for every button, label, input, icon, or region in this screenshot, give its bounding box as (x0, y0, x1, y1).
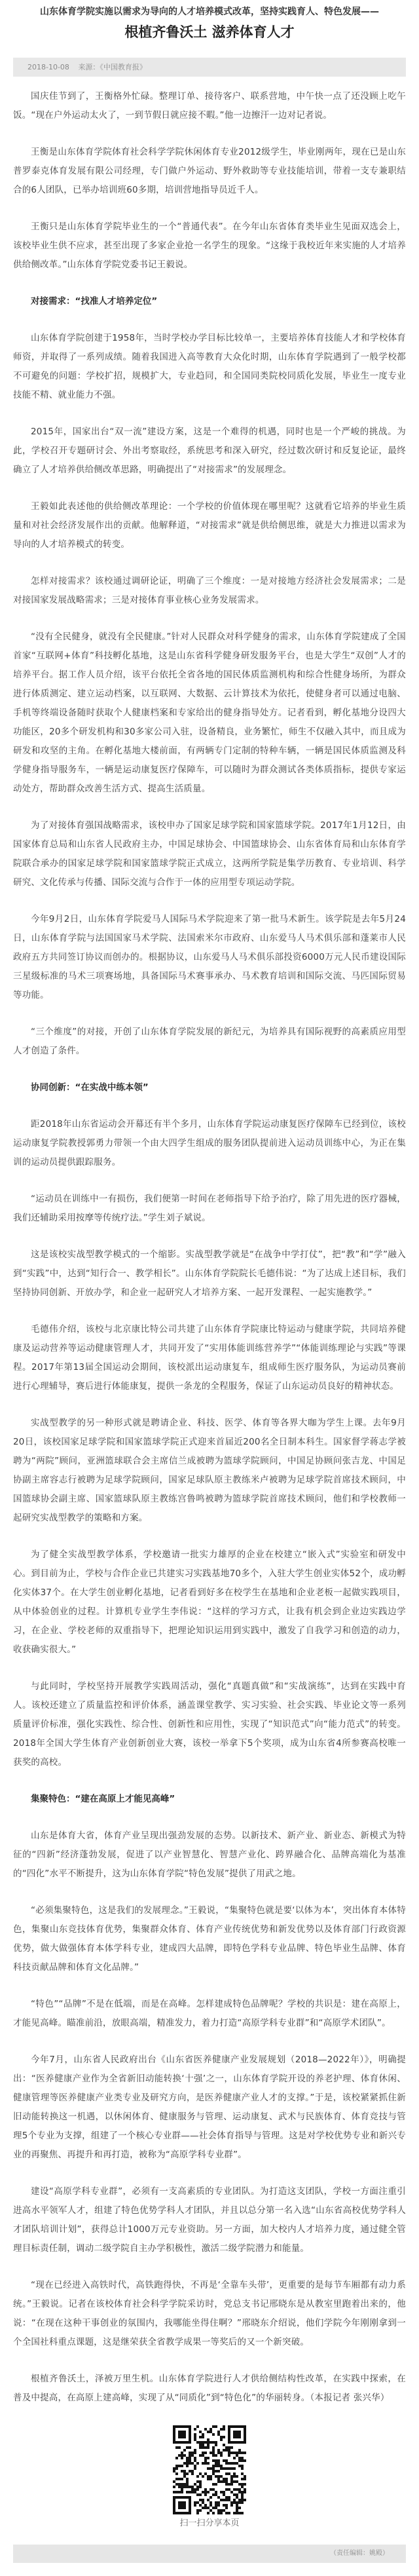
article-paragraph: 根植齐鲁沃土，泽被万里生机。山东体育学院进行人才供给侧结构性改革，在实践中探索，… (13, 2370, 406, 2408)
responsible-editor: （责任编辑：姚殿） (330, 2550, 389, 2557)
article-paragraph: 王衡只是山东体育学院毕业生的一个“普通代表”。在今年山东省体育类毕业生见面双选会… (13, 218, 406, 275)
article-paragraph: 怎样对接需求？该校通过调研论证，明确了三个维度：一是对接地方经济社会发展需求；二… (13, 572, 406, 610)
article-paragraph: 建设“高原学科专业群”，必须有一支高素质的专业团队。为打造这支团队，学校一方面注… (13, 2182, 406, 2258)
qr-caption: 扫一扫分享本页 (179, 2517, 239, 2530)
article-paragraph: 王毅如此表述他的供给侧改革理论：一个学校的价值体现在哪里呢？这就看它培养的毕业生… (13, 497, 406, 554)
article-paragraph: “没有全民健身，就没有全民健康。”针对人民群众对科学健身的需求，山东体育学院建成… (13, 628, 406, 799)
article-paragraph: 2015年，国家出台“双一流”建设方案，这是一个难得的机遇，同时也是一个严峻的挑… (13, 423, 406, 480)
article-paragraph: 为了对接体育强国战略需求，该校申办了国家足球学院和国家篮球学院。2017年1月1… (13, 816, 406, 892)
article-paragraph: 实战型教学的另一种形式就是聘请企业、科技、医学、体育等各界大咖为学生上课。去年9… (13, 1414, 406, 1528)
article-title: 根植齐鲁沃土 滋养体育人才 (0, 20, 419, 45)
article-paragraph: 王衡是山东体育学院体育社会科学学院休闲体育专业2012级学生，毕业刚两年，现在已… (13, 143, 406, 200)
article-paragraph: 毛德伟介绍，该校与北京康比特公司共建了山东体育学院康比特运动与健康学院，共同培养… (13, 1320, 406, 1396)
publish-date: 2018-10-08 (27, 63, 69, 71)
article-paragraph: 这是该校实战型教学模式的一个缩影。实战型教学就是“在战争中学打仗”，把“教”和“… (13, 1245, 406, 1302)
article-paragraph: “运动员在训练中一有损伤，我们便第一时间在老师指导下给予治疗，除了用先进的医疗器… (13, 1190, 406, 1228)
article-paragraph: 今年7月，山东省人民政府出台《山东省医养健康产业发展规划（2018—2022年）… (13, 2051, 406, 2165)
footer-bar: （责任编辑：姚殿） (13, 2545, 406, 2563)
article-paragraph: “必须集聚特色，这是我们的发展理念。”王毅说，“集聚特色就是要‘以体为本’，突出… (13, 1901, 406, 1977)
article-paragraph: 距2018年山东省运动会开幕还有半个多月，山东体育学院运动康复医疗保障车已经到位… (13, 1115, 406, 1172)
article-paragraph: 与此同时，学校坚持开展教学实践周活动，强化“真题真做”和“实战演练”，达到在实践… (13, 1677, 406, 1772)
article-paragraph: “现在已经进入高铁时代，高铁跑得快，不再是‘全靠车头带’，更重要的是每节车厢都有… (13, 2276, 406, 2352)
article-paragraph: “特色”“品牌”不是在低端，而是在高峰。怎样建成特色品牌呢？学校的共识是：建在高… (13, 1995, 406, 2033)
article-source: 来源：《中国教育报》 (78, 63, 147, 71)
article-paragraph: 国庆佳节到了，王衡格外忙碌。整理订单、接待客户、联系营地，中午快一点了还没顾上吃… (13, 87, 406, 125)
article-paragraph: 山东是体育大省，体育产业呈现出强劲发展的态势。以新技术、新产业、新业态、新模式为… (13, 1827, 406, 1884)
section-heading: 对接需求：“找准人才培养定位” (13, 292, 406, 311)
article-paragraph: 为了健全实战型教学体系，学校邀请一批实力雄厚的企业在校建立“嵌入式”实验室和研发… (13, 1545, 406, 1659)
section-heading: 协同创新：“在实战中练本领” (13, 1078, 406, 1097)
article-body: 国庆佳节到了，王衡格外忙碌。整理订单、接待客户、联系营地，中午快一点了还没顾上吃… (0, 77, 419, 2408)
article-meta-bar: 2018-10-08 来源：《中国教育报》 (13, 58, 406, 77)
article-page: 山东体育学院实施以需求为导向的人才培养模式改革，坚持实践育人、特色发展—— 根植… (0, 0, 419, 2576)
article-paragraph: “三个维度”的对接，开创了山东体育学院发展的新纪元，为培养具有国际视野的高素质应… (13, 1023, 406, 1061)
section-heading: 集聚特色：“建在高原上才能见高峰” (13, 1790, 406, 1809)
article-paragraph: 山东体育学院创建于1958年，当时学校办学目标比较单一，主要培养体育技能人才和学… (13, 329, 406, 405)
qr-code-icon[interactable] (173, 2425, 246, 2516)
share-qr-block: 扫一扫分享本页 (0, 2425, 419, 2530)
article-paragraph: 今年9月2日，山东体育学院爱马人国际马术学院迎来了第一批马术新生。该学院是去年5… (13, 910, 406, 1005)
article-subtitle: 山东体育学院实施以需求为导向的人才培养模式改革，坚持实践育人、特色发展—— (0, 0, 419, 20)
